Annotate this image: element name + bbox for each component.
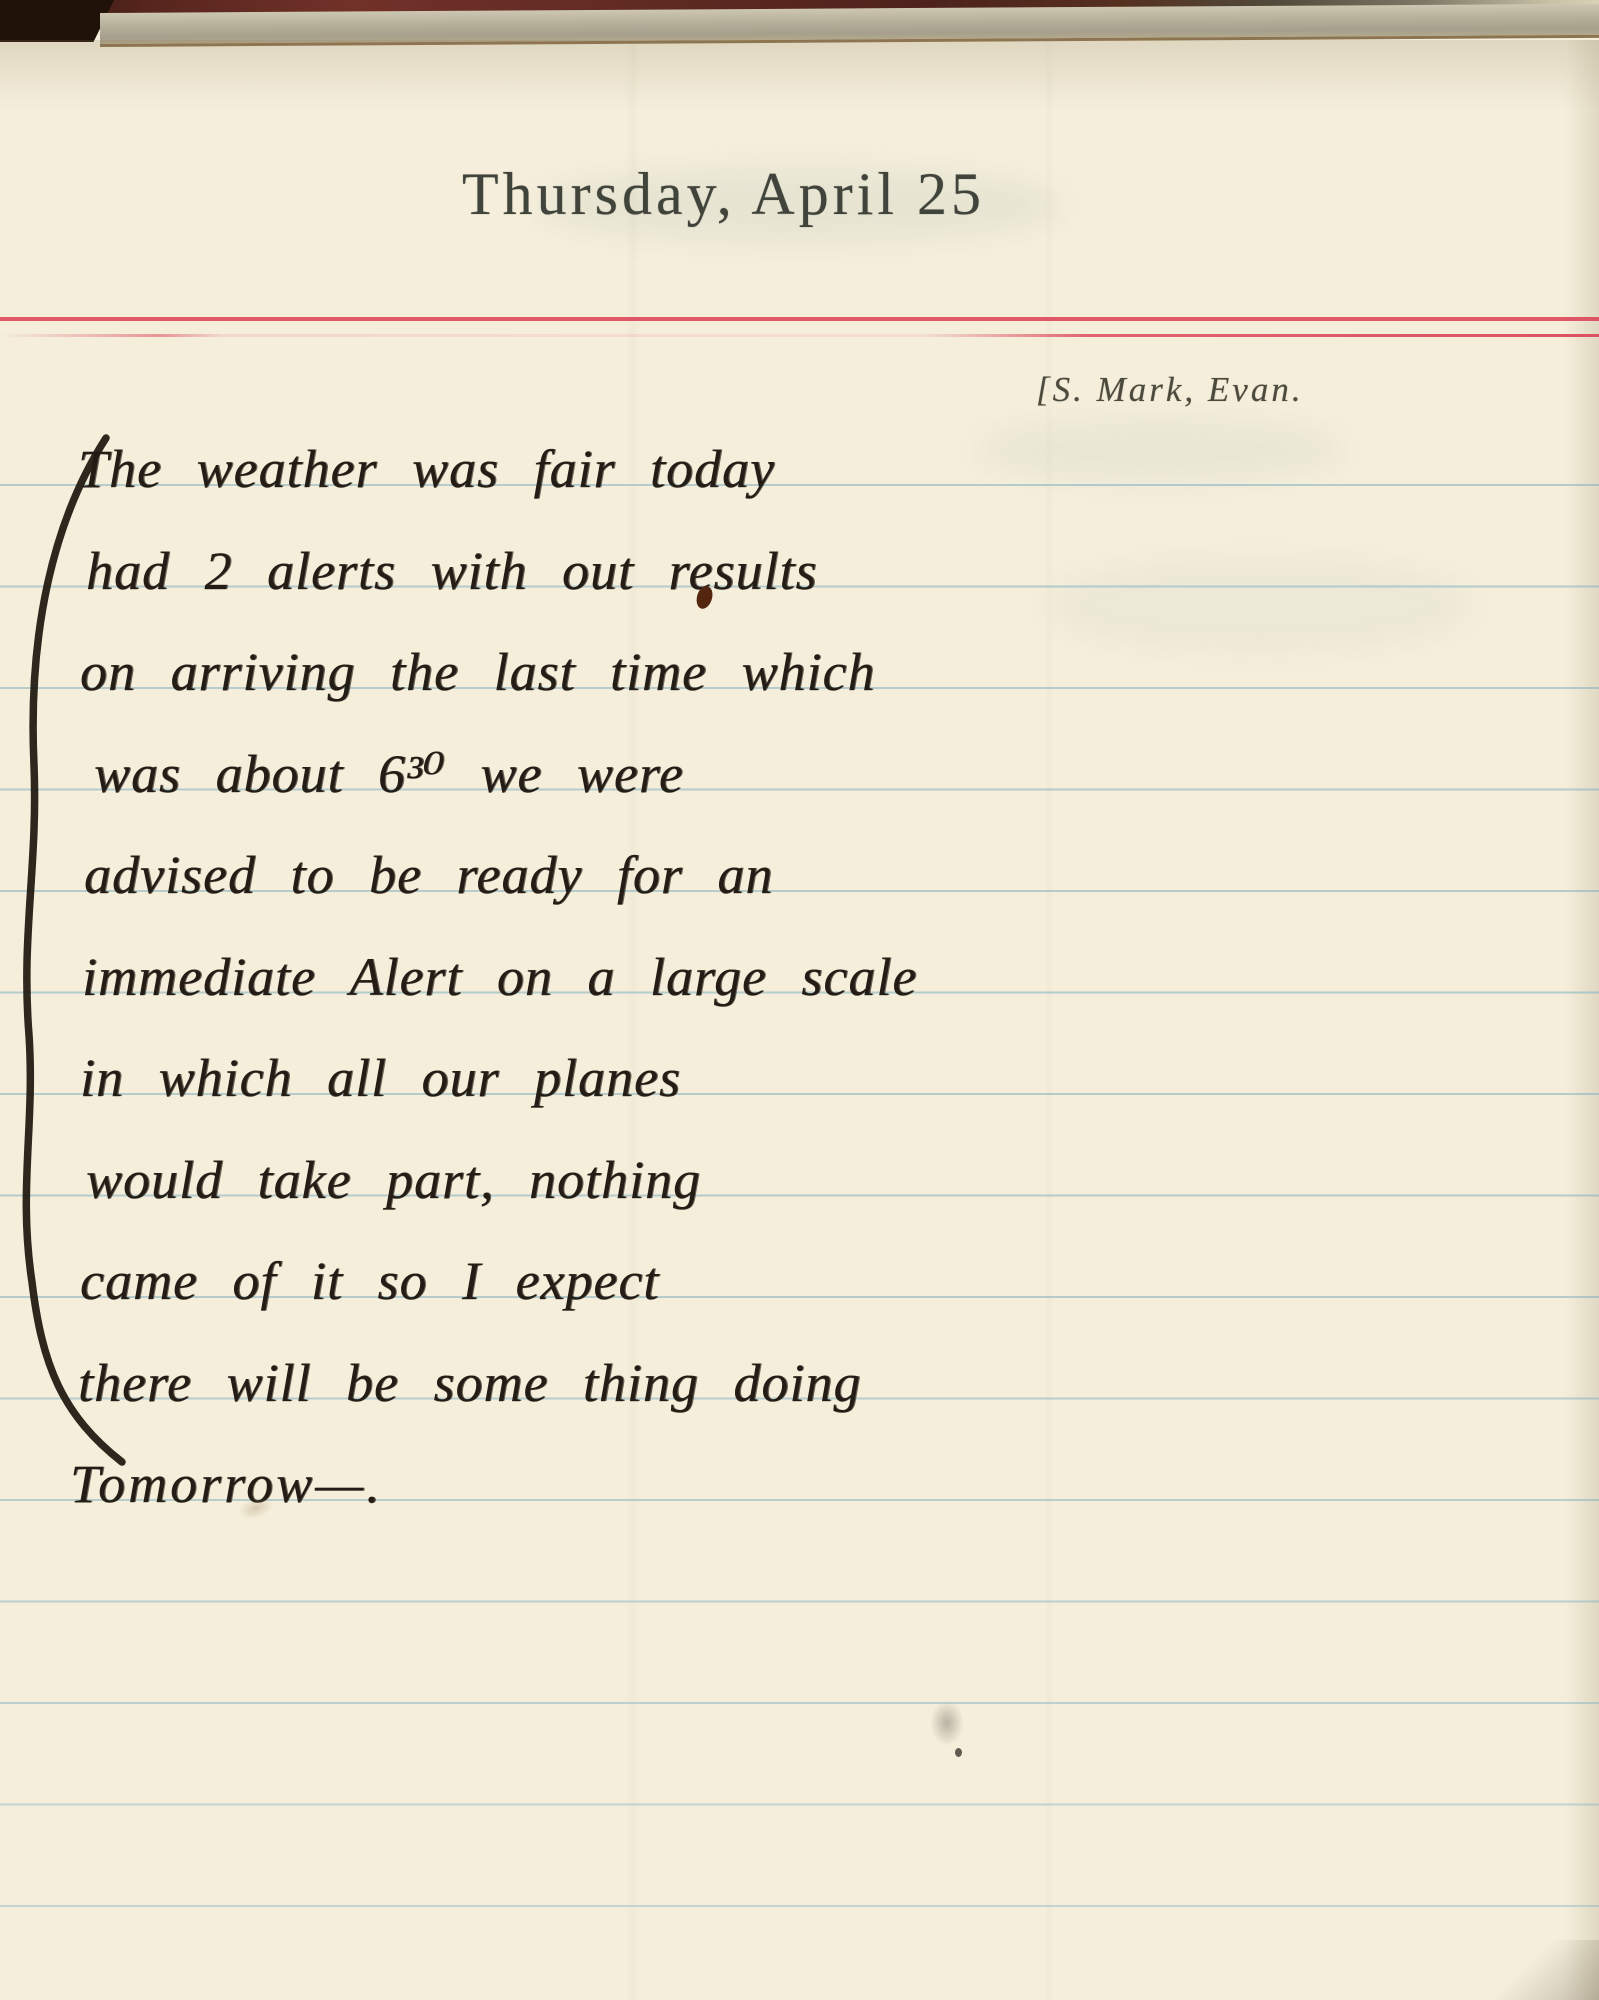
page-top-shading: [0, 40, 1599, 110]
entry-line: immediate Alert on a large scale: [82, 927, 1478, 1029]
red-header-rule: [0, 317, 1599, 321]
red-header-rule-secondary: [0, 334, 1599, 337]
margin-brace-ink-stroke: [8, 430, 138, 1480]
entry-line: came of it so I expect: [80, 1231, 1478, 1333]
ink-speck: [955, 1748, 962, 1757]
entry-line: in which all our planes: [80, 1028, 1478, 1130]
diary-entry: The weather was fair today had 2 alerts …: [78, 419, 1478, 1536]
entry-line: was about 6³⁰ we were: [94, 724, 1478, 826]
entry-line: on arriving the last time which: [80, 622, 1478, 724]
book-corner-shadow: [0, 0, 114, 42]
entry-line: would take part, nothing: [86, 1130, 1478, 1232]
entry-line: advised to be ready for an: [84, 825, 1478, 927]
entry-line: had 2 alerts with out results: [86, 521, 1478, 623]
diary-page-scan: Thursday, April 25 [S. Mark, Evan. The w…: [0, 0, 1599, 2000]
entry-line: The weather was fair today: [78, 419, 1478, 521]
entry-line: Tomorrow—.: [70, 1434, 1478, 1536]
printed-date-heading: Thursday, April 25: [462, 160, 985, 229]
printed-calendar-reference: [S. Mark, Evan.: [1036, 370, 1304, 410]
smudge-mark: [930, 1700, 964, 1746]
entry-line: there will be some thing doing: [78, 1333, 1478, 1435]
